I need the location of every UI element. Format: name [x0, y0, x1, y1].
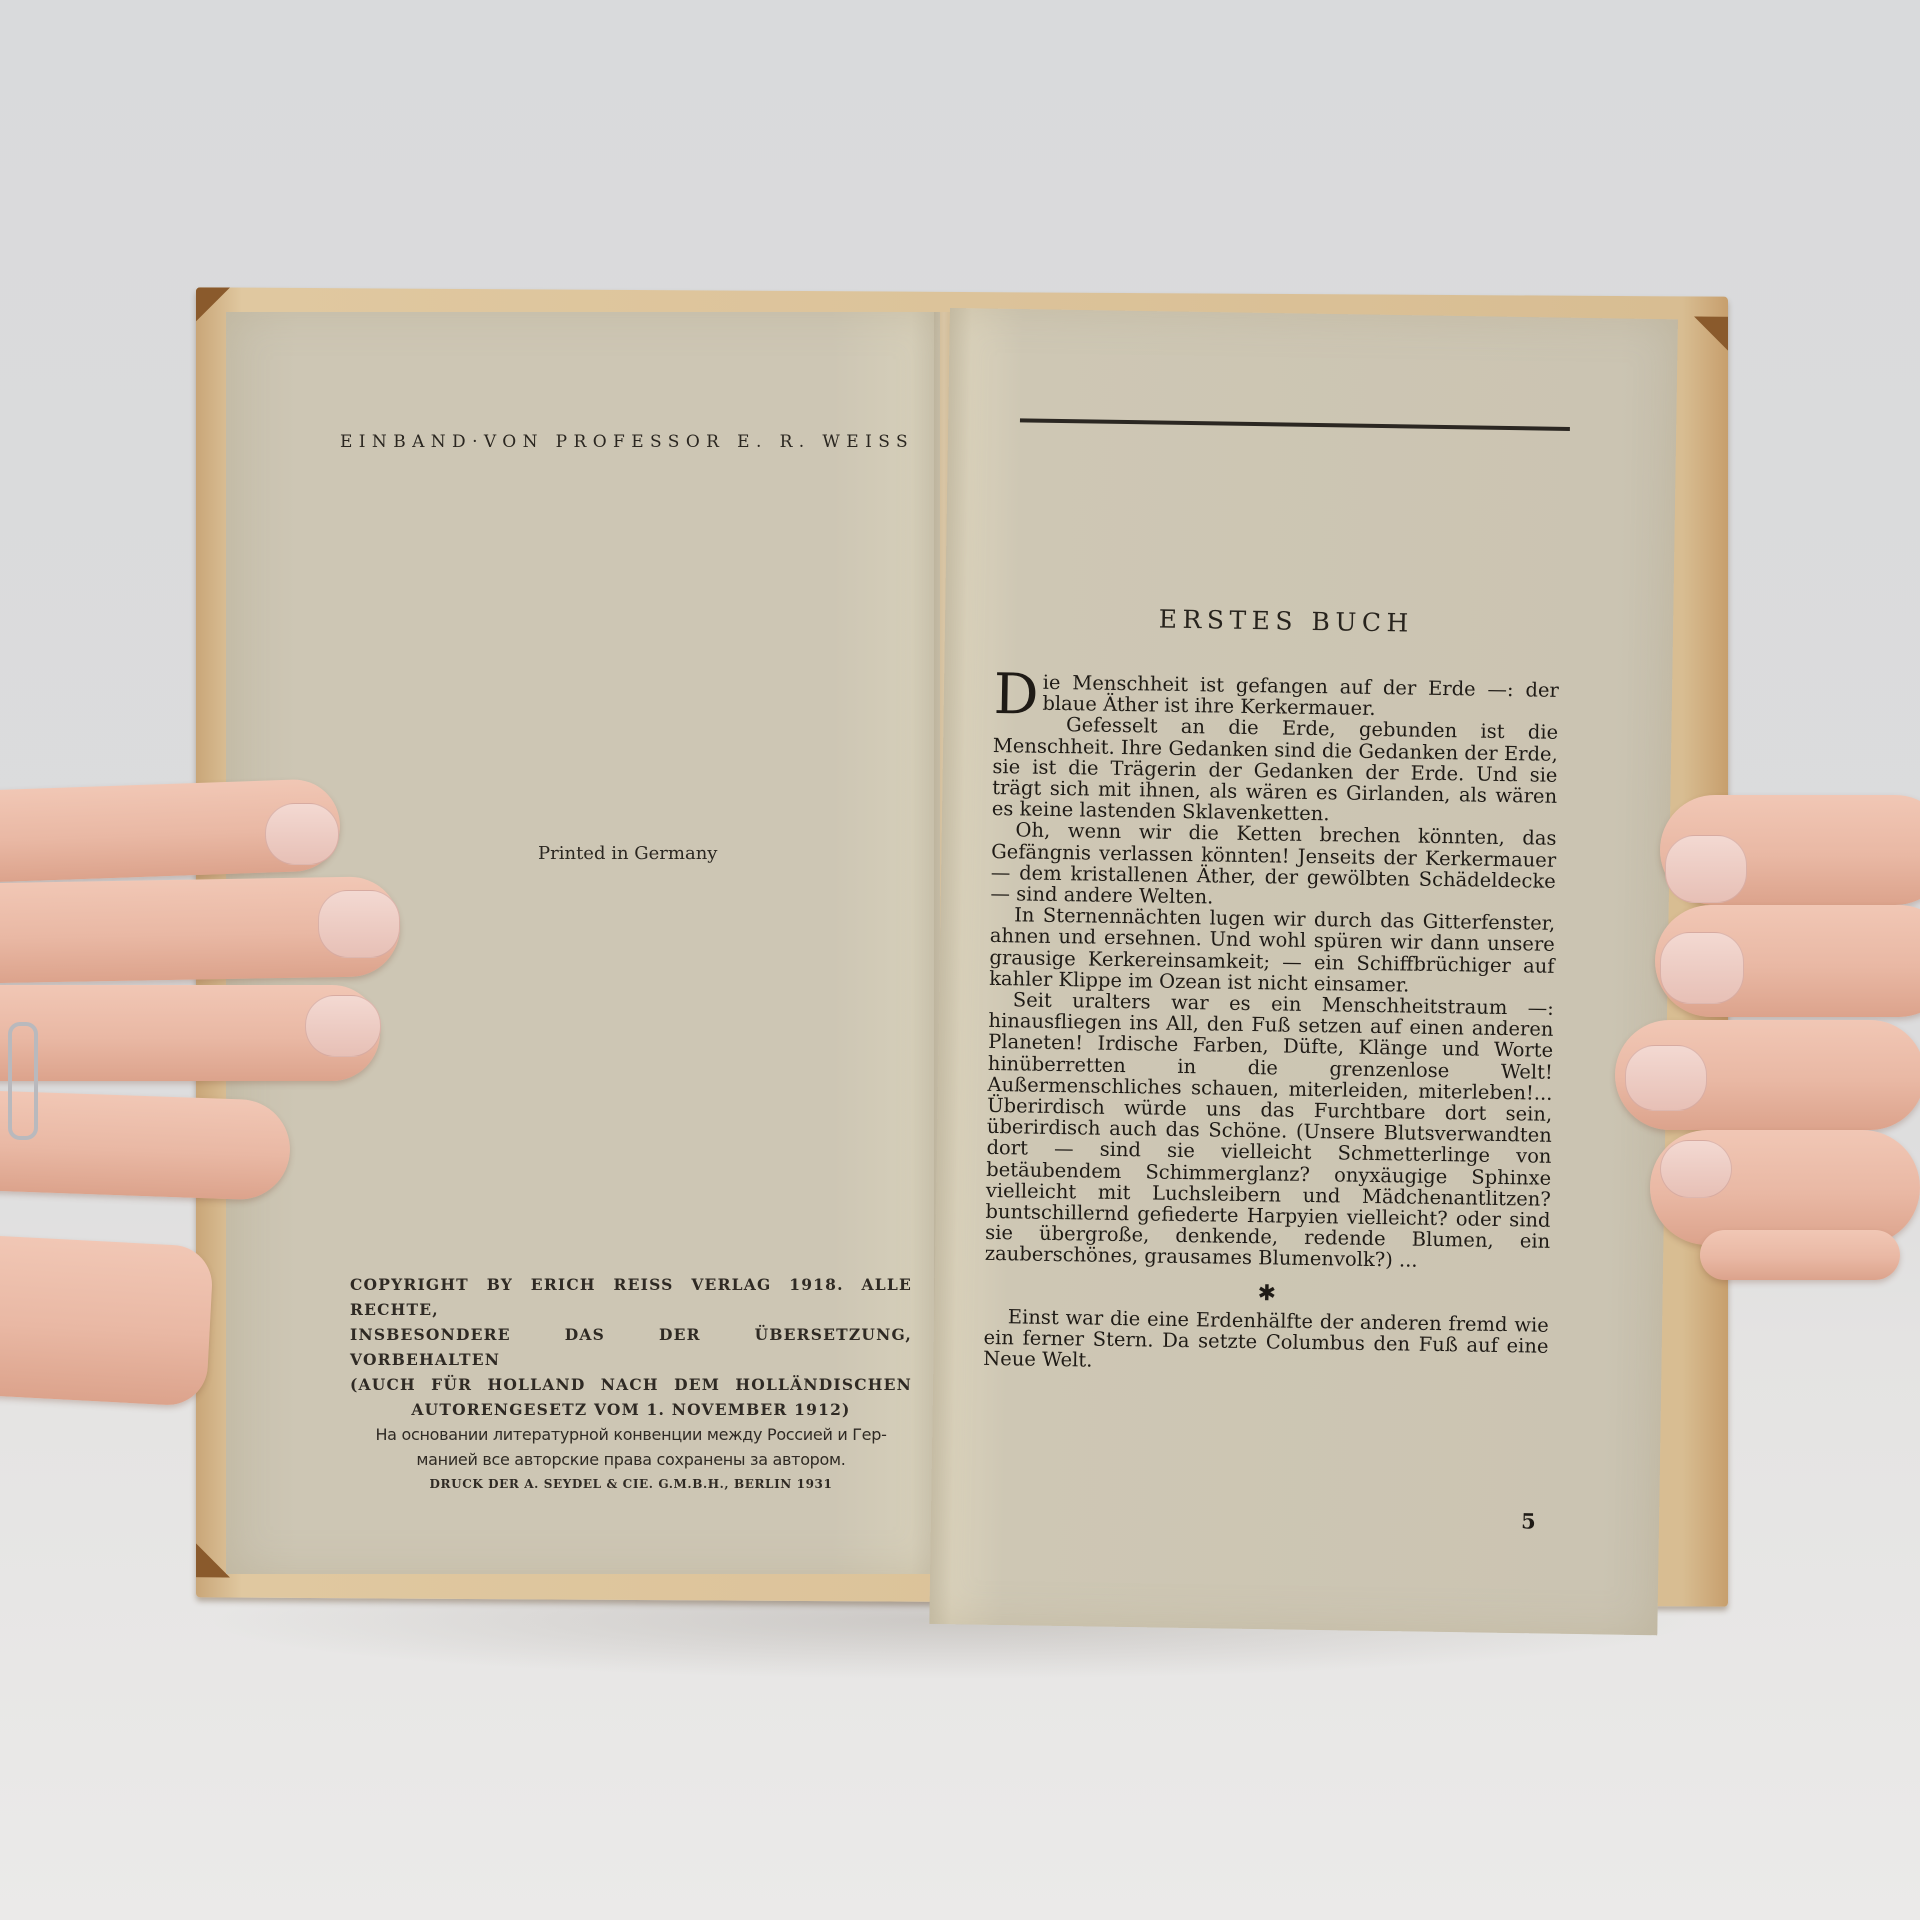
photo-scene: EINBAND·VON PROFESSOR E. R. WEISS Printe… [0, 0, 1920, 1920]
printer-line: DRUCK DER A. SEYDEL & CIE. G.M.B.H., BER… [350, 1472, 912, 1497]
binding-credit: EINBAND·VON PROFESSOR E. R. WEISS [340, 432, 920, 452]
copyright-line: (AUCH FÜR HOLLAND NACH DEM HOLLÄNDISCHEN [350, 1372, 912, 1397]
paragraph: Oh, wenn wir die Ketten brechen könnten,… [990, 819, 1556, 913]
star-separator-icon: ✱ [984, 1279, 1549, 1309]
cover-corner-bottom-left [196, 1543, 230, 1577]
printed-in-germany: Printed in Germany [538, 843, 738, 864]
right-page-content: ERSTES BUCH Die Menschheit ist gefangen … [983, 418, 1563, 1378]
ring [8, 1022, 38, 1140]
copyright-block: COPYRIGHT BY ERICH REISS VERLAG 1918. AL… [350, 1272, 912, 1497]
cover-corner-top-right [1694, 316, 1728, 350]
paragraph: In Sternennächten lugen wir durch das Gi… [989, 904, 1555, 998]
paragraph: Gefesselt an die Erde, gebunden ist die … [992, 713, 1559, 828]
cover-corner-top-left [196, 287, 230, 321]
russian-line: манией все авторские права сохранены за … [350, 1447, 912, 1472]
page-number: 5 [1521, 1508, 1536, 1533]
dropcap: D [993, 673, 1039, 718]
paragraph: Seit uralters war es ein Menschheitstrau… [985, 989, 1554, 1273]
copyright-line: COPYRIGHT BY ERICH REISS VERLAG 1918. AL… [350, 1272, 912, 1322]
copyright-line: AUTORENGESETZ VOM 1. NOVEMBER 1912) [350, 1397, 912, 1422]
copyright-line: INSBESONDERE DAS DER ÜBERSETZUNG, VORBEH… [350, 1322, 912, 1372]
paragraph: Einst war die eine Erdenhälfte der ander… [983, 1306, 1549, 1378]
body-text: Die Menschheit ist gefangen auf der Erde… [983, 671, 1559, 1378]
russian-line: На основании литературной конвенции межд… [350, 1422, 912, 1447]
chapter-title: ERSTES BUCH [1013, 602, 1560, 640]
